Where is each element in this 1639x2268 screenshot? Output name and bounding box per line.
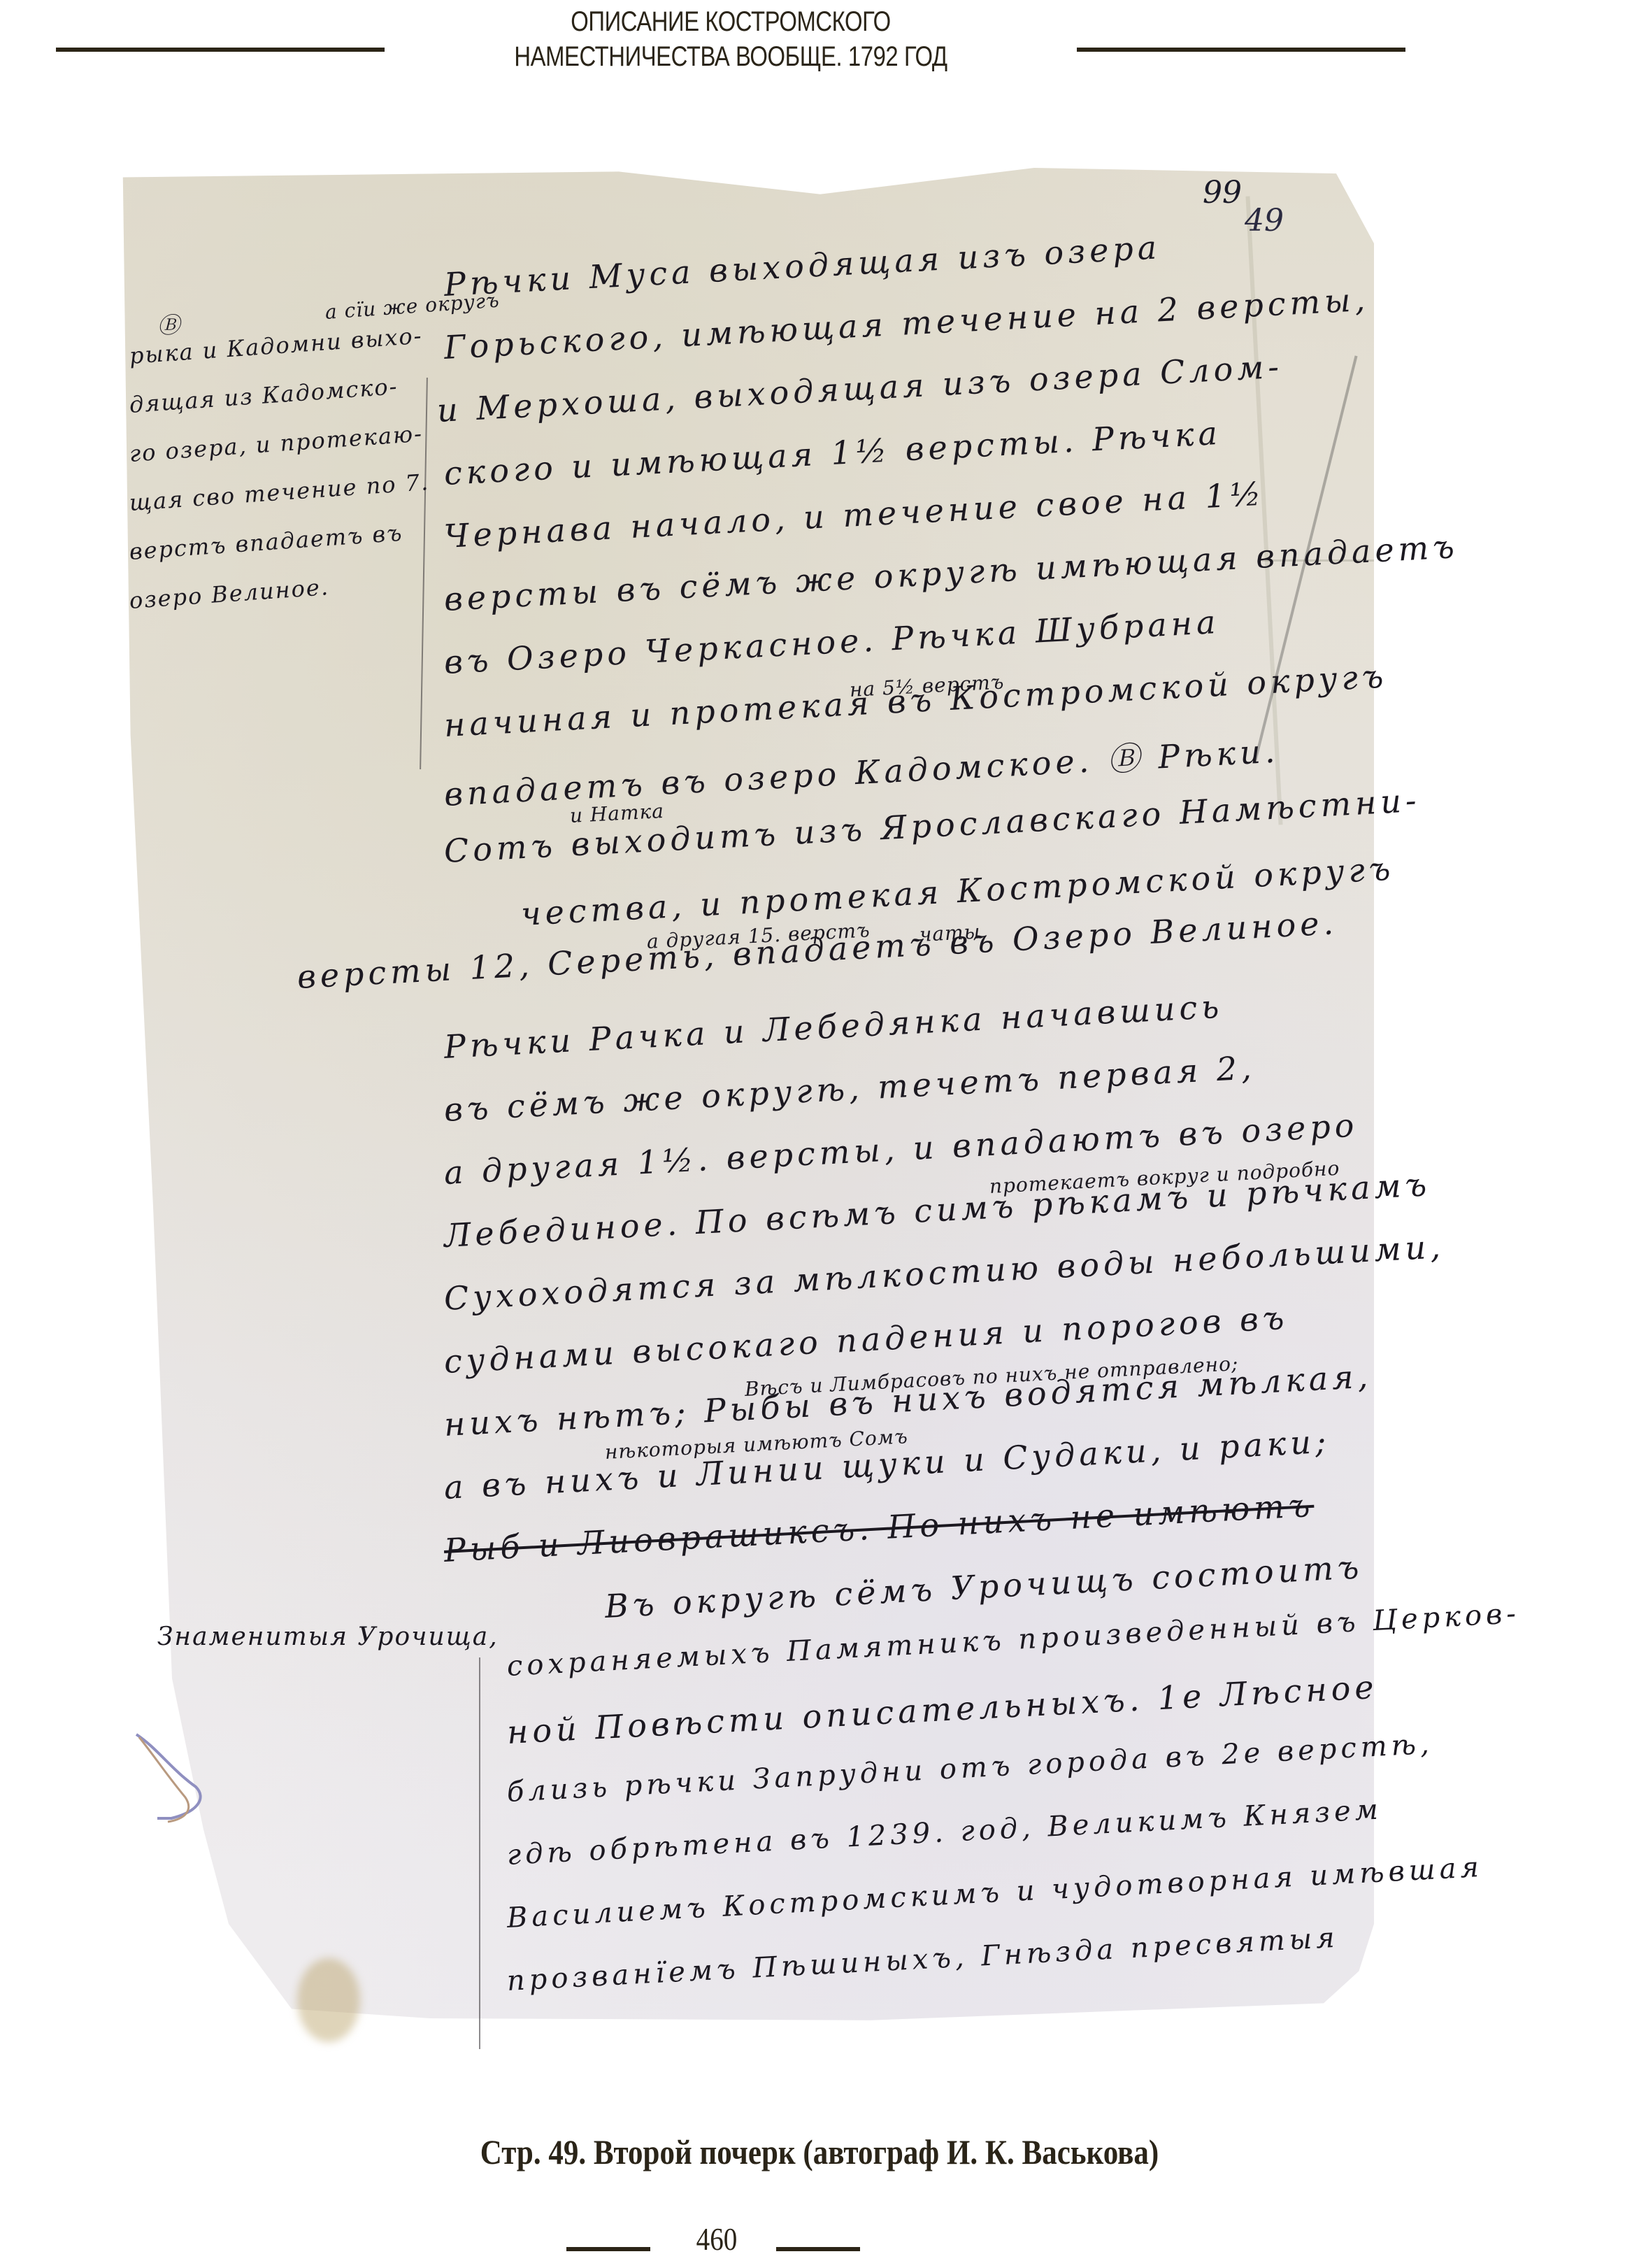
manuscript-photo: 99 49 Ⓑ а сїи же округъ рыка и Кадомни в…: [115, 168, 1374, 2056]
page-number-rule-left: [566, 2247, 650, 2251]
margin-note-marker: Ⓑ: [157, 308, 181, 340]
page-number: 460: [678, 2220, 756, 2258]
folio-number-old: 99: [1203, 175, 1242, 211]
binding-thread: [129, 1720, 227, 1832]
header-rule-right: [1077, 48, 1405, 52]
figure-caption: Стр. 49. Второй почерк (автограф И. К. В…: [115, 2132, 1524, 2172]
page-number-rule-right: [776, 2247, 860, 2251]
folio-number-new: 49: [1245, 203, 1284, 238]
margin-rule-lower: [479, 1657, 480, 2049]
running-header-line-1: ОПИСАНИЕ КОСТРОМСКОГО: [441, 4, 1020, 39]
running-header-line-2: НАМЕСТНИЧЕСТВА ВООБЩЕ. 1792 ГОД: [441, 39, 1020, 74]
page-number-block: 460: [0, 2220, 1639, 2262]
header-rule-left: [56, 48, 385, 52]
water-stain: [297, 1958, 360, 2042]
running-header: ОПИСАНИЕ КОСТРОМСКОГО НАМЕСТНИЧЕСТВА ВОО…: [0, 0, 1639, 105]
running-header-title: ОПИСАНИЕ КОСТРОМСКОГО НАМЕСТНИЧЕСТВА ВОО…: [441, 4, 1020, 74]
section-heading-landmarks: Знаменитыя Урочища,: [157, 1622, 499, 1651]
